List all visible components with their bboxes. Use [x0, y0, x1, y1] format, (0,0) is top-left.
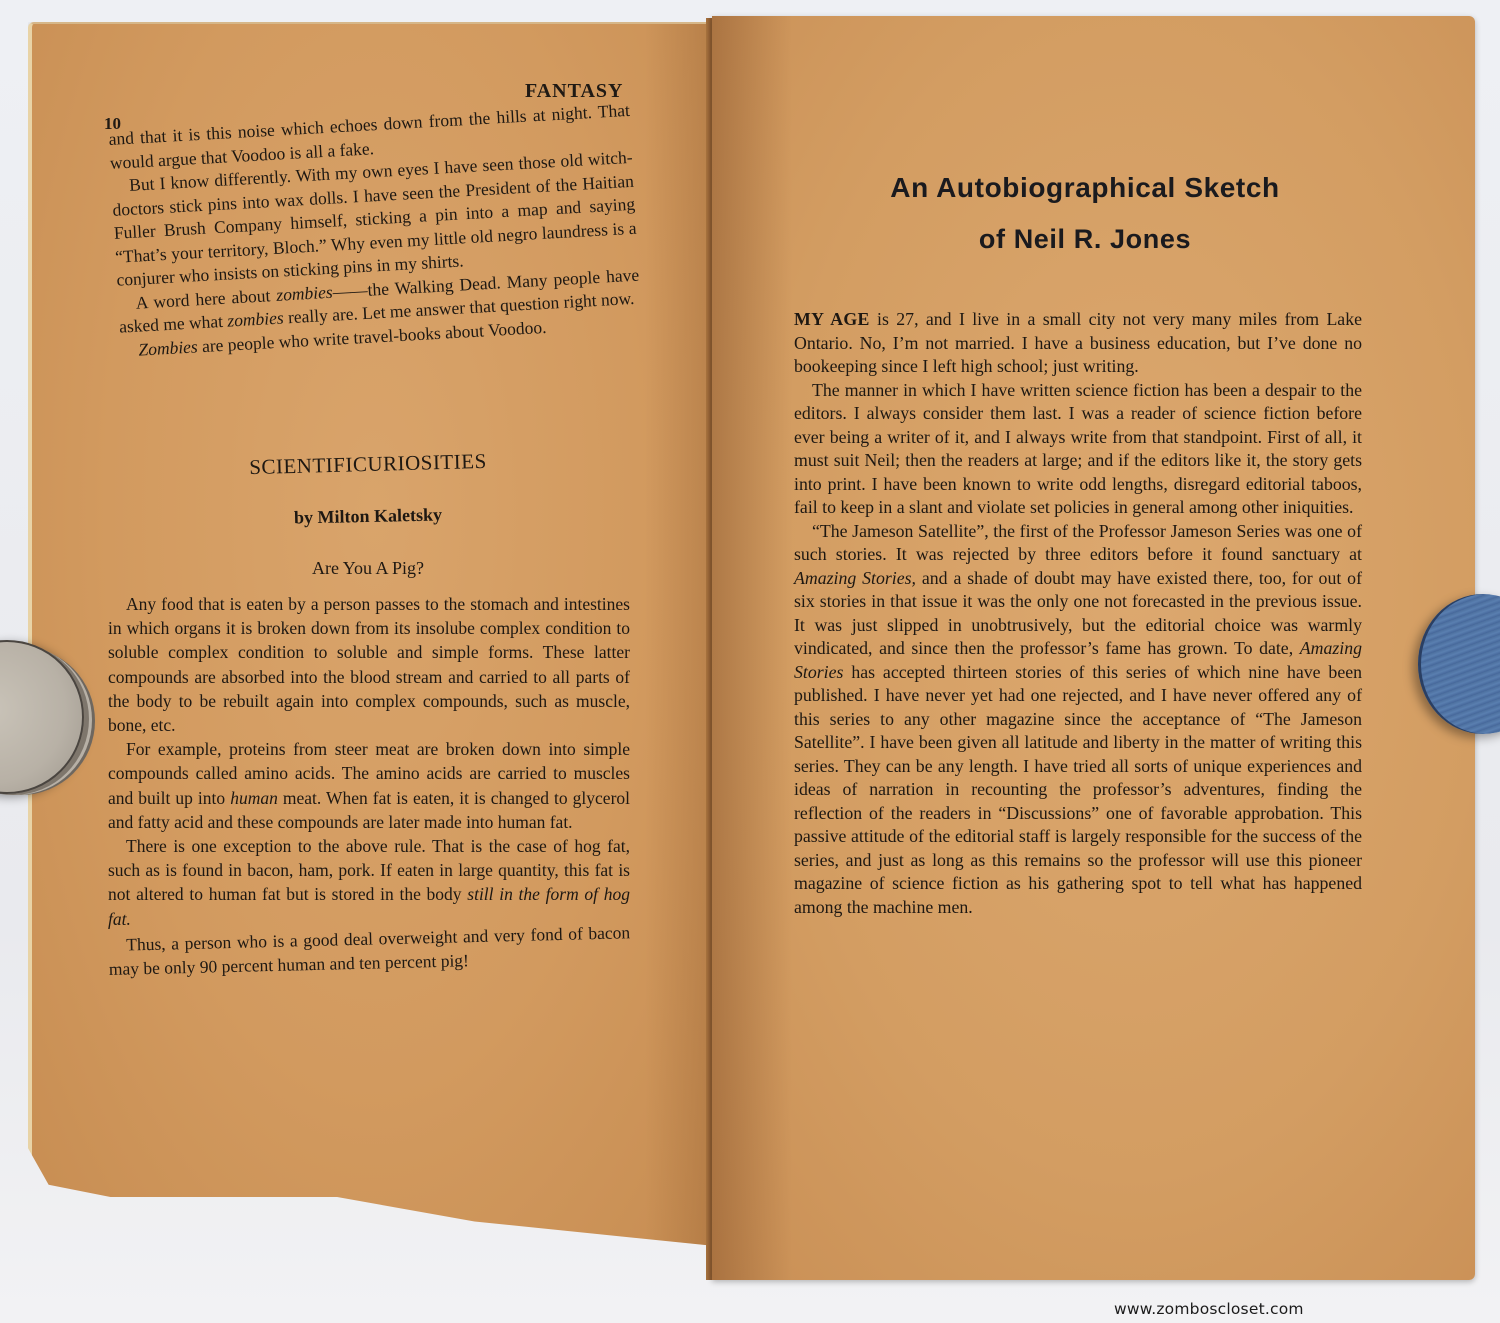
paragraph: There is one exception to the above rule… [108, 834, 630, 931]
article-subtitle: Are You A Pig? [108, 558, 628, 579]
lead-in: MY AGE [794, 309, 870, 329]
article-body: Any food that is eaten by a person passe… [108, 592, 630, 981]
sketch-title-line-1: An Autobiographical Sketch [790, 172, 1380, 204]
paragraph: “The Jameson Satellite”, the first of th… [794, 520, 1362, 920]
paragraph: For example, proteins from steer meat ar… [108, 737, 630, 834]
sketch-title-line-2: of Neil R. Jones [790, 224, 1380, 255]
paragraph: Any food that is eaten by a person passe… [108, 592, 630, 737]
paragraph: MY AGE is 27, and I live in a small city… [794, 308, 1362, 379]
paragraph: The manner in which I have written scien… [794, 379, 1362, 520]
watermark: www.zomboscloset.com [1114, 1300, 1304, 1318]
sketch-body: MY AGE is 27, and I live in a small city… [794, 308, 1362, 919]
voodoo-article-ending: and that it is this noise which echoes d… [108, 99, 642, 363]
